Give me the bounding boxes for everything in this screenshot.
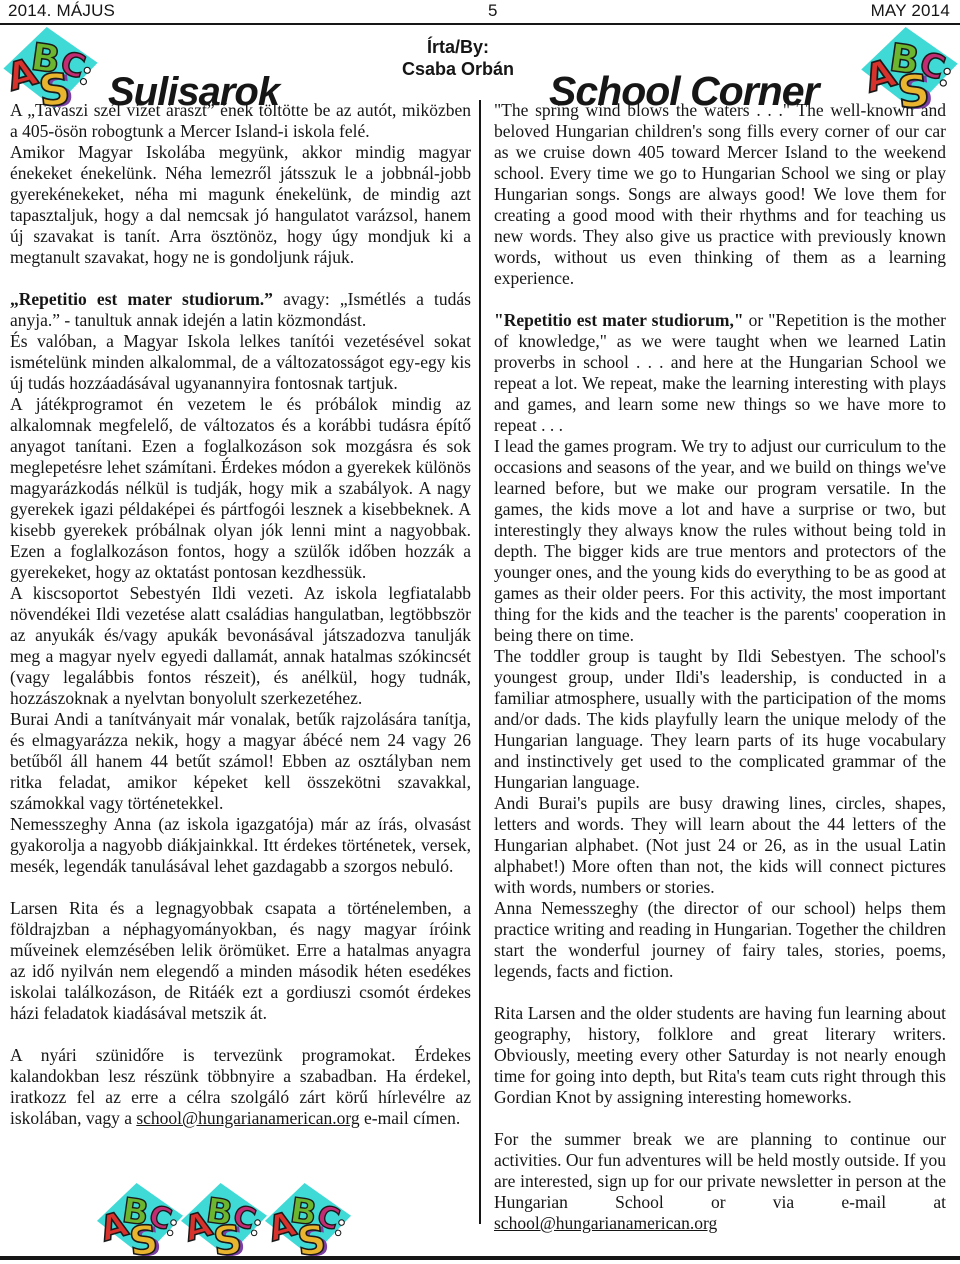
paragraph-text: Andi Burai's pupils are busy drawing lin… <box>494 793 946 897</box>
paragraph-text: For the summer break we are planning to … <box>494 1129 946 1212</box>
abc-logo-icon: BCSSA <box>861 27 958 110</box>
svg-text:S: S <box>127 1217 160 1257</box>
paragraph-text: A kiscsoportot Sebestyén Ildi vezeti. Az… <box>10 583 471 708</box>
article-paragraph: The toddler group is taught by Ildi Sebe… <box>494 646 946 793</box>
article-paragraph: Anna Nemesszeghy (the director of our sc… <box>494 898 946 982</box>
paragraph-text: Burai Andi a tanítványait már vonalak, b… <box>10 709 471 813</box>
article-paragraph: Larsen Rita és a legnagyobbak csapata a … <box>10 898 471 1024</box>
article-paragraph: Nemesszeghy Anna (az iskola igazgatója) … <box>10 814 471 877</box>
paragraph-text: Larsen Rita és a legnagyobbak csapata a … <box>10 898 471 1023</box>
masthead-page-number: 5 <box>488 1 498 21</box>
newsletter-page: 2014. MÁJUS 5 MAY 2014 BCSSA Sulisarok Í… <box>0 0 960 1264</box>
abc-logo-icon: BCSSA <box>264 1183 352 1257</box>
abc-logo-icon: BCSSA <box>2 27 99 108</box>
abc-logo-icon: BCSSA <box>180 1183 268 1257</box>
paragraph-text: Nemesszeghy Anna (az iskola igazgatója) … <box>10 814 471 876</box>
paragraph-bold-lead: "Repetitio est mater studiorum," <box>494 310 744 330</box>
article-english: "The spring wind blows the waters . . ."… <box>494 100 946 1234</box>
article-paragraph: I lead the games program. We try to adju… <box>494 436 946 646</box>
masthead-date-english: MAY 2014 <box>871 1 950 21</box>
article-paragraph: A „Tavaszi szél vizet áraszt” ének töltö… <box>10 100 471 142</box>
paragraph-text: The toddler group is taught by Ildi Sebe… <box>494 646 946 792</box>
byline: Írta/By: Csaba Orbán <box>390 36 526 80</box>
bottom-rule <box>0 1256 960 1260</box>
paragraph-text: I lead the games program. We try to adju… <box>494 436 946 645</box>
abc-logo-icon: BCSSA <box>96 1183 184 1257</box>
paragraph-text: Anna Nemesszeghy (the director of our sc… <box>494 898 946 981</box>
article-paragraph: "Repetitio est mater studiorum," or "Rep… <box>494 310 946 436</box>
paragraph-text: A „Tavaszi szél vizet áraszt” ének töltö… <box>10 100 471 141</box>
paragraph-text: e-mail címen. <box>360 1108 461 1128</box>
paragraph-text: Rita Larsen and the older students are h… <box>494 1003 946 1107</box>
email-link[interactable]: school@hungarianamerican.org <box>494 1213 717 1233</box>
article-paragraph: A nyári szünidőre is tervezünk programok… <box>10 1045 471 1129</box>
bottom-logos: BCSSA BCSSA BCSSA <box>96 1183 352 1257</box>
article-paragraph: Rita Larsen and the older students are h… <box>494 1003 946 1108</box>
article-paragraph: Andi Burai's pupils are busy drawing lin… <box>494 793 946 898</box>
article-paragraph: "The spring wind blows the waters . . ."… <box>494 100 946 289</box>
article-paragraph: A kiscsoportot Sebestyén Ildi vezeti. Az… <box>10 583 471 709</box>
column-divider <box>479 100 481 1224</box>
article-paragraph: Burai Andi a tanítványait már vonalak, b… <box>10 709 471 814</box>
paragraph-text: Amikor Magyar Iskolába megyünk, akkor mi… <box>10 142 471 267</box>
masthead-rule <box>0 23 960 25</box>
byline-author: Csaba Orbán <box>390 58 526 80</box>
masthead: 2014. MÁJUS 5 MAY 2014 <box>8 0 950 23</box>
masthead-date-hungarian: 2014. MÁJUS <box>8 1 115 21</box>
article-paragraph: For the summer break we are planning to … <box>494 1129 946 1234</box>
article-hungarian: A „Tavaszi szél vizet áraszt” ének töltö… <box>10 100 471 1129</box>
paragraph-bold-lead: „Repetitio est mater studiorum.” <box>10 289 273 309</box>
article-paragraph: Amikor Magyar Iskolába megyünk, akkor mi… <box>10 142 471 268</box>
byline-label: Írta/By: <box>390 36 526 58</box>
article-paragraph: A játékprogramot én vezetem le és próbál… <box>10 394 471 583</box>
article-paragraph: „Repetitio est mater studiorum.” avagy: … <box>10 289 471 331</box>
email-link[interactable]: school@hungarianamerican.org <box>136 1108 359 1128</box>
svg-text:S: S <box>295 1217 328 1257</box>
svg-text:S: S <box>211 1217 244 1257</box>
article-paragraph: És valóban, a Magyar Iskola lelkes tanít… <box>10 331 471 394</box>
paragraph-text: "The spring wind blows the waters . . ."… <box>494 100 946 288</box>
paragraph-text: És valóban, a Magyar Iskola lelkes tanít… <box>10 331 471 393</box>
paragraph-text: A játékprogramot én vezetem le és próbál… <box>10 394 471 582</box>
